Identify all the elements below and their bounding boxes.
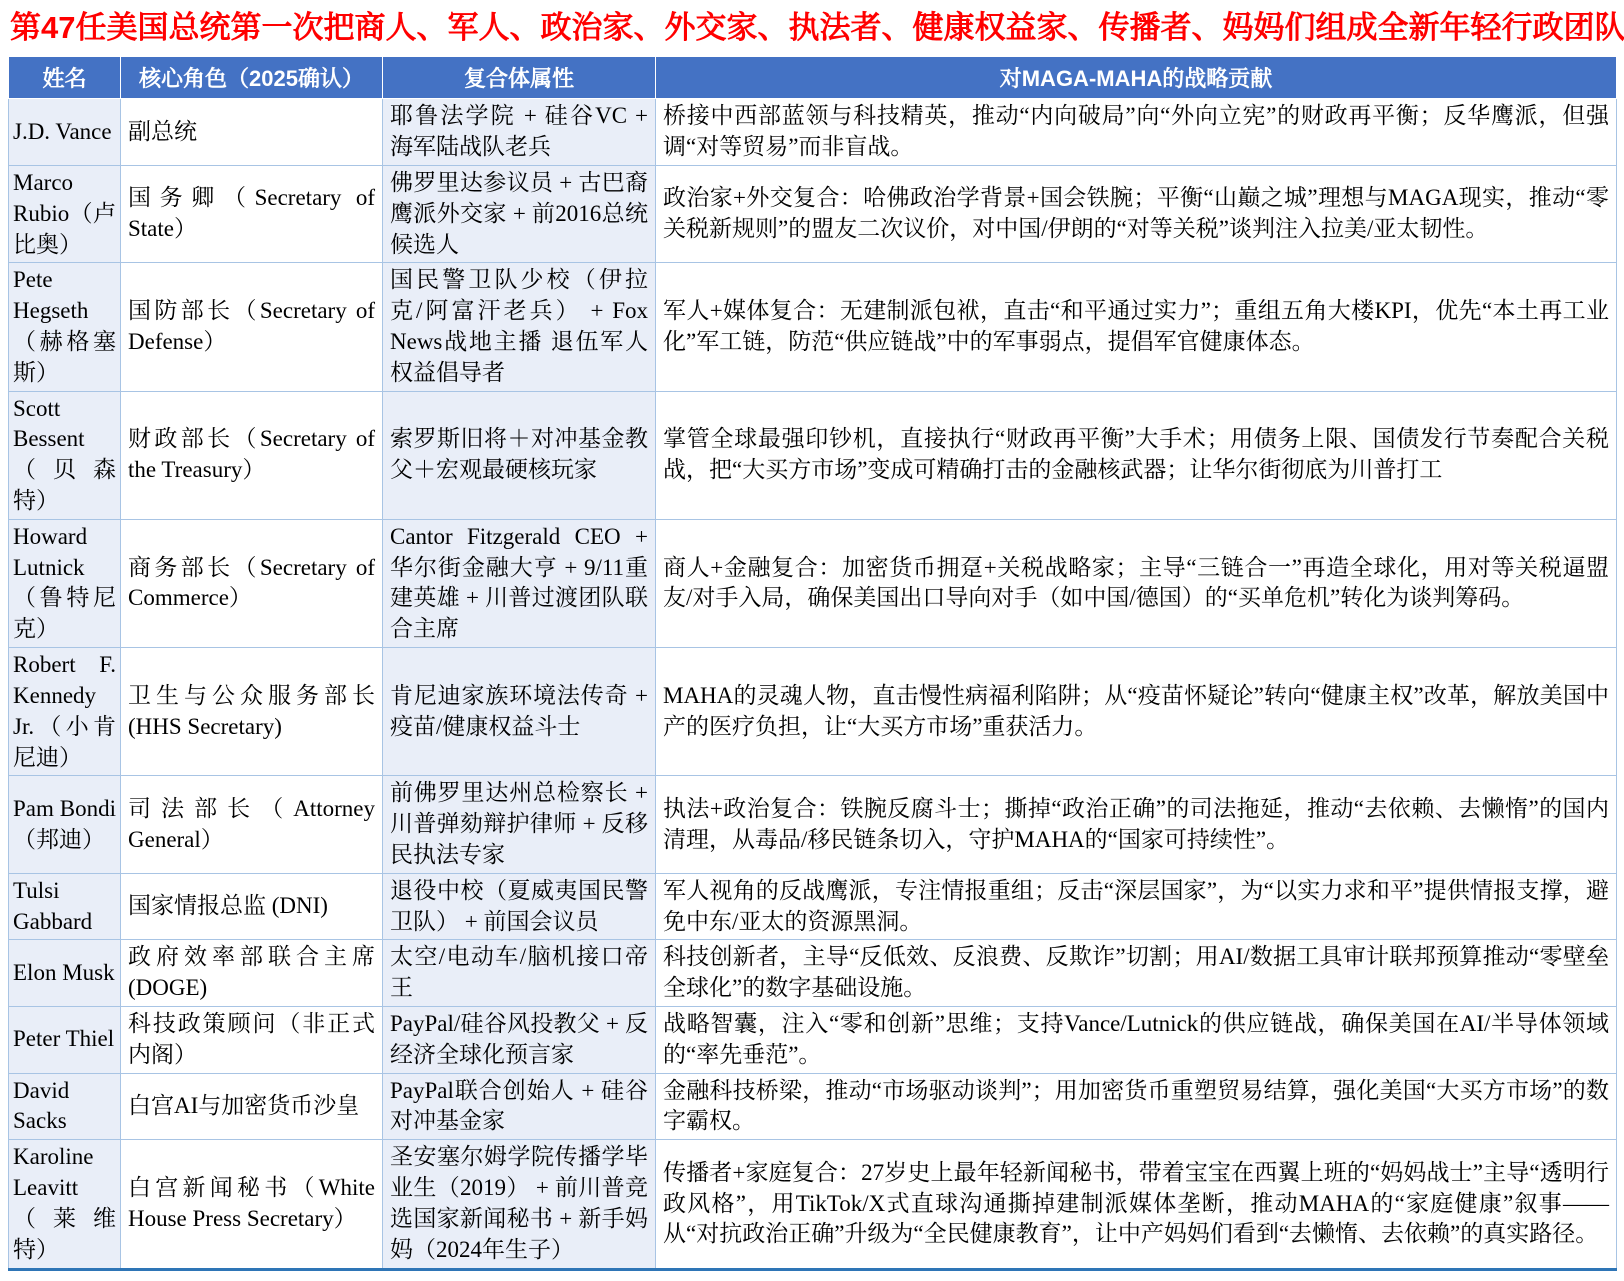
cabinet-table: 姓名 核心角色（2025确认） 复合体属性 对MAGA-MAHA的战略贡献 J.… xyxy=(8,56,1617,1270)
attributes-cell: 耶鲁法学院 + 硅谷VC + 海军陆战队老兵 xyxy=(383,99,656,166)
contribution-cell: 执法+政治复合：铁腕反腐斗士；撕掉“政治正确”的司法拖延，推动“去依赖、去懒惰”… xyxy=(656,776,1617,873)
attributes-cell: 太空/电动车/脑机接口帝王 xyxy=(383,940,656,1007)
role-cell: 白宫AI与加密货币沙皇 xyxy=(121,1073,383,1140)
name-cell: Scott Bessent（贝森特） xyxy=(9,391,121,519)
name-cell: J.D. Vance xyxy=(9,99,121,166)
name-cell: Pete Hegseth（赫格塞斯） xyxy=(9,263,121,391)
column-header-attributes: 复合体属性 xyxy=(383,57,656,99)
table-row: Tulsi Gabbard 国家情报总监 (DNI) 退役中校（夏威夷国民警卫队… xyxy=(9,873,1617,940)
role-cell: 司法部长（Attorney General） xyxy=(121,776,383,873)
name-cell: Elon Musk xyxy=(9,940,121,1007)
column-header-name: 姓名 xyxy=(9,57,121,99)
table-row: Pam Bondi（邦迪） 司法部长（Attorney General） 前佛罗… xyxy=(9,776,1617,873)
column-header-role: 核心角色（2025确认） xyxy=(121,57,383,99)
contribution-cell: 传播者+家庭复合：27岁史上最年轻新闻秘书，带着宝宝在西翼上班的“妈妈战士”主导… xyxy=(656,1140,1617,1269)
attributes-cell: 肯尼迪家族环境法传奇 + 疫苗/健康权益斗士 xyxy=(383,648,656,776)
name-cell: Robert F. Kennedy Jr.（小肯尼迪） xyxy=(9,648,121,776)
page: 第47任美国总统第一次把商人、军人、政治家、外交家、执法者、健康权益家、传播者、… xyxy=(0,0,1624,1281)
role-cell: 财政部长（Secretary of the Treasury） xyxy=(121,391,383,519)
name-cell: David Sacks xyxy=(9,1073,121,1140)
role-cell: 国家情报总监 (DNI) xyxy=(121,873,383,940)
contribution-cell: MAHA的灵魂人物，直击慢性病福利陷阱；从“疫苗怀疑论”转向“健康主权”改革，解… xyxy=(656,648,1617,776)
table-row: Elon Musk 政府效率部联合主席 (DOGE) 太空/电动车/脑机接口帝王… xyxy=(9,940,1617,1007)
contribution-cell: 桥接中西部蓝领与科技精英，推动“内向破局”向“外向立宪”的财政再平衡；反华鹰派，… xyxy=(656,99,1617,166)
role-cell: 卫生与公众服务部长 (HHS Secretary) xyxy=(121,648,383,776)
role-cell: 白宫新闻秘书（White House Press Secretary） xyxy=(121,1140,383,1269)
name-cell: Pam Bondi（邦迪） xyxy=(9,776,121,873)
contribution-cell: 军人视角的反战鹰派，专注情报重组；反击“深层国家”，为“以实力求和平”提供情报支… xyxy=(656,873,1617,940)
contribution-cell: 军人+媒体复合：无建制派包袱，直击“和平通过实力”；重组五角大楼KPI，优先“本… xyxy=(656,263,1617,391)
name-cell: Peter Thiel xyxy=(9,1007,121,1074)
contribution-cell: 政治家+外交复合：哈佛政治学背景+国会铁腕；平衡“山巅之城”理想与MAGA现实，… xyxy=(656,165,1617,262)
contribution-cell: 金融科技桥梁，推动“市场驱动谈判”；用加密货币重塑贸易结算，强化美国“大买方市场… xyxy=(656,1073,1617,1140)
attributes-cell: PayPal/硅谷风投教父 + 反经济全球化预言家 xyxy=(383,1007,656,1074)
table-row: David Sacks 白宫AI与加密货币沙皇 PayPal联合创始人 + 硅谷… xyxy=(9,1073,1617,1140)
table-header: 姓名 核心角色（2025确认） 复合体属性 对MAGA-MAHA的战略贡献 xyxy=(9,57,1617,99)
page-title: 第47任美国总统第一次把商人、军人、政治家、外交家、执法者、健康权益家、传播者、… xyxy=(10,8,1616,48)
name-cell: Tulsi Gabbard xyxy=(9,873,121,940)
table-row: Karoline Leavitt（莱维特） 白宫新闻秘书（White House… xyxy=(9,1140,1617,1269)
attributes-cell: 索罗斯旧将＋对冲基金教父＋宏观最硬核玩家 xyxy=(383,391,656,519)
name-cell: Howard Lutnick（鲁特尼克） xyxy=(9,519,121,647)
role-cell: 国防部长（Secretary of Defense） xyxy=(121,263,383,391)
role-cell: 政府效率部联合主席 (DOGE) xyxy=(121,940,383,1007)
table-row: Pete Hegseth（赫格塞斯） 国防部长（Secretary of Def… xyxy=(9,263,1617,391)
table-row: Peter Thiel 科技政策顾问（非正式内阁） PayPal/硅谷风投教父 … xyxy=(9,1007,1617,1074)
role-cell: 国务卿（Secretary of State） xyxy=(121,165,383,262)
table-row: Robert F. Kennedy Jr.（小肯尼迪） 卫生与公众服务部长 (H… xyxy=(9,648,1617,776)
attributes-cell: 退役中校（夏威夷国民警卫队） + 前国会议员 xyxy=(383,873,656,940)
table-row: Howard Lutnick（鲁特尼克） 商务部长（Secretary of C… xyxy=(9,519,1617,647)
attributes-cell: PayPal联合创始人 + 硅谷对冲基金家 xyxy=(383,1073,656,1140)
role-cell: 副总统 xyxy=(121,99,383,166)
role-cell: 商务部长（Secretary of Commerce） xyxy=(121,519,383,647)
contribution-cell: 战略智囊，注入“零和创新”思维；支持Vance/Lutnick的供应链战，确保美… xyxy=(656,1007,1617,1074)
attributes-cell: 前佛罗里达州总检察长 + 川普弹劾辩护律师 + 反移民执法专家 xyxy=(383,776,656,873)
name-cell: Karoline Leavitt（莱维特） xyxy=(9,1140,121,1269)
contribution-cell: 商人+金融复合：加密货币拥趸+关税战略家；主导“三链合一”再造全球化，用对等关税… xyxy=(656,519,1617,647)
table-row: J.D. Vance 副总统 耶鲁法学院 + 硅谷VC + 海军陆战队老兵 桥接… xyxy=(9,99,1617,166)
name-cell: Marco Rubio（卢比奥） xyxy=(9,165,121,262)
attributes-cell: Cantor Fitzgerald CEO + 华尔街金融大亨 + 9/11重建… xyxy=(383,519,656,647)
column-header-contribution: 对MAGA-MAHA的战略贡献 xyxy=(656,57,1617,99)
attributes-cell: 佛罗里达参议员 + 古巴裔鹰派外交家 + 前2016总统候选人 xyxy=(383,165,656,262)
contribution-cell: 科技创新者，主导“反低效、反浪费、反欺诈”切割；用AI/数据工具审计联邦预算推动… xyxy=(656,940,1617,1007)
table-row: Marco Rubio（卢比奥） 国务卿（Secretary of State）… xyxy=(9,165,1617,262)
table-row: Scott Bessent（贝森特） 财政部长（Secretary of the… xyxy=(9,391,1617,519)
attributes-cell: 圣安塞尔姆学院传播学毕业生（2019） + 前川普竞选国家新闻秘书 + 新手妈妈… xyxy=(383,1140,656,1269)
contribution-cell: 掌管全球最强印钞机，直接执行“财政再平衡”大手术；用债务上限、国债发行节奏配合关… xyxy=(656,391,1617,519)
role-cell: 科技政策顾问（非正式内阁） xyxy=(121,1007,383,1074)
table-body: J.D. Vance 副总统 耶鲁法学院 + 硅谷VC + 海军陆战队老兵 桥接… xyxy=(9,99,1617,1269)
header-row: 姓名 核心角色（2025确认） 复合体属性 对MAGA-MAHA的战略贡献 xyxy=(9,57,1617,99)
attributes-cell: 国民警卫队少校（伊拉克/阿富汗老兵） + Fox News战地主播 退伍军人权益… xyxy=(383,263,656,391)
